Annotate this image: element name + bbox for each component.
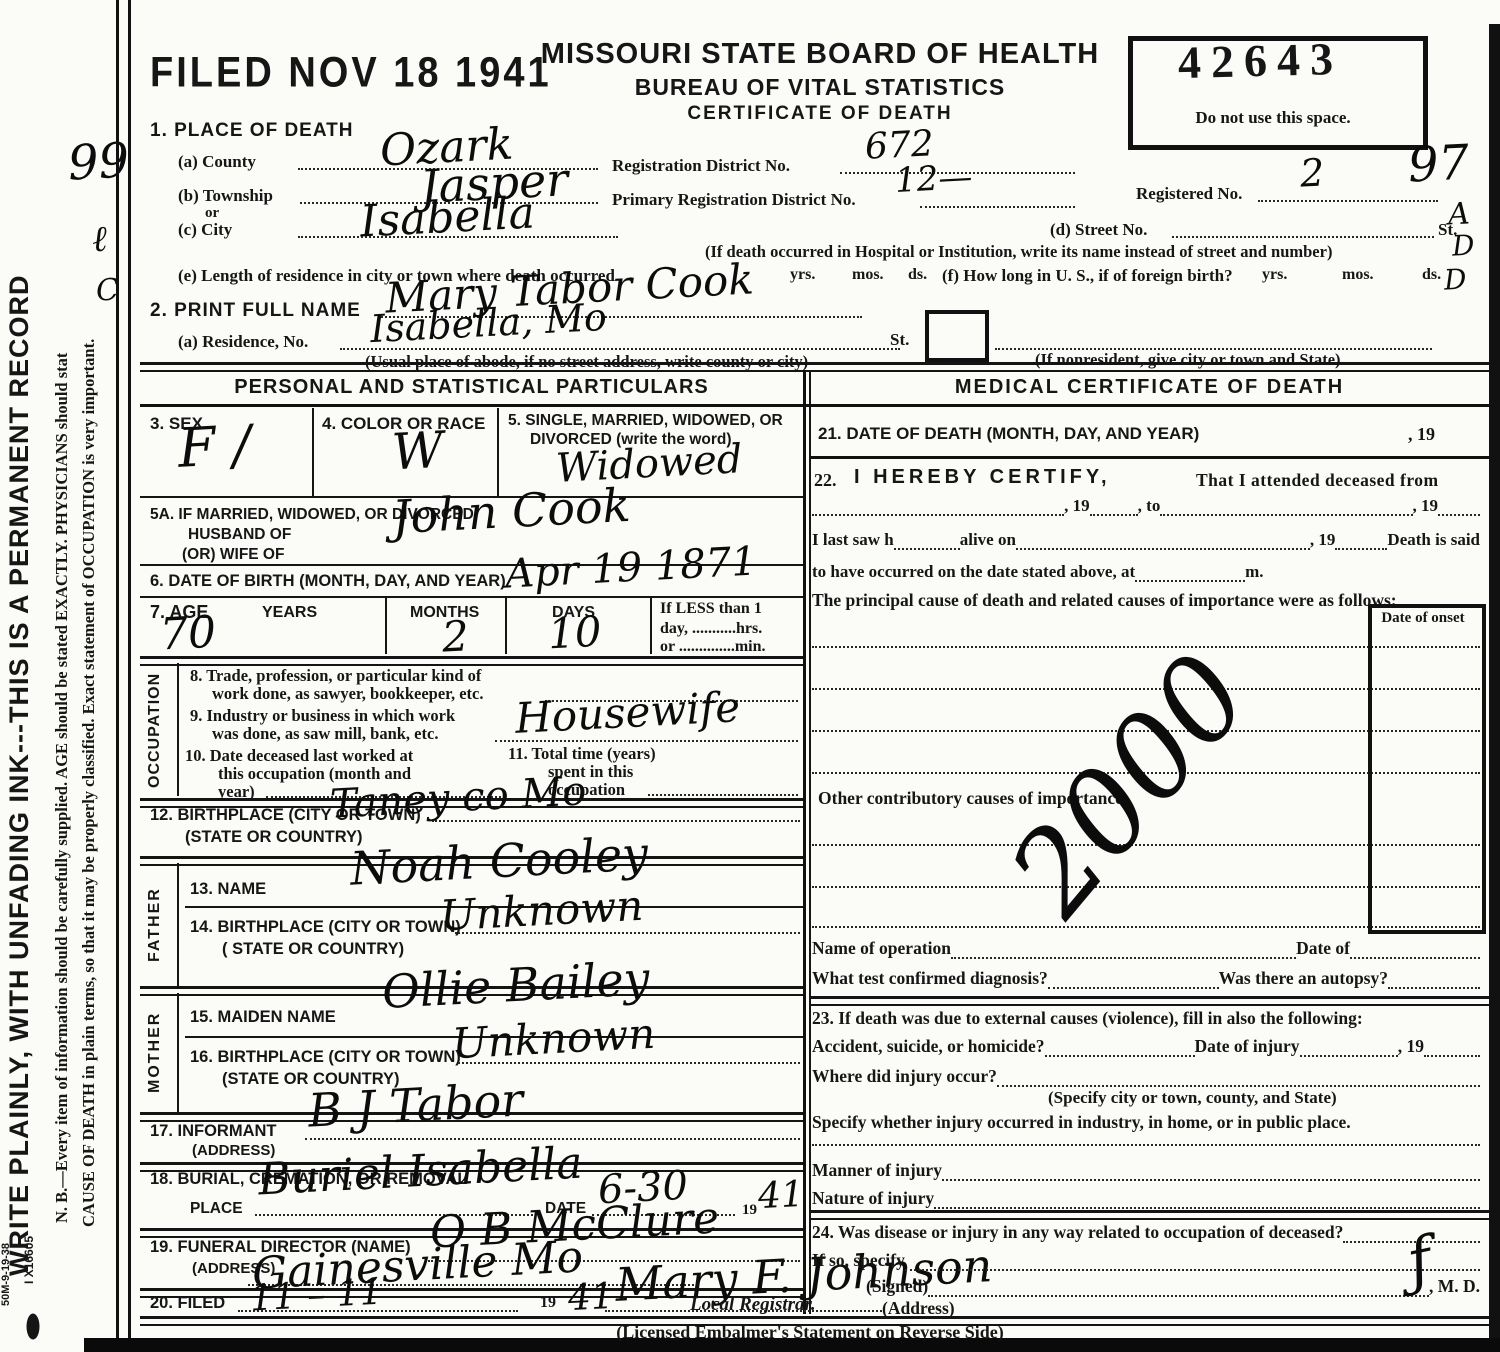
filed-label: 20. FILED <box>150 1294 225 1313</box>
local-registrar-label: Local Registrar. <box>690 1294 816 1316</box>
form-print-code: 50M-9-19-38 <box>0 1205 15 1345</box>
father-name-label: 13. NAME <box>190 880 266 899</box>
section-divider <box>810 1210 1489 1220</box>
dotted-fill <box>928 1281 1429 1297</box>
dotted-fill <box>812 500 1064 516</box>
signed-label: (Signed) <box>866 1276 928 1297</box>
last-saw-line: I last saw h alive on , 19 Death is said <box>812 530 1480 550</box>
mother-name-label: 15. MAIDEN NAME <box>190 1008 336 1027</box>
dotted-fill <box>1135 566 1245 582</box>
row-rule <box>140 596 803 598</box>
row-rule <box>810 456 1489 459</box>
nonresident-line <box>995 328 1432 350</box>
column-divider <box>803 370 806 1314</box>
form-subtitle: BUREAU OF VITAL STATISTICS <box>540 74 1100 101</box>
margin-warning-text: WRITE PLAINLY, WITH UNFADING INK---THIS … <box>4 220 48 1330</box>
dotted-fill <box>1424 1041 1480 1057</box>
dotted-fill <box>1048 973 1219 989</box>
age-days-entry: 10 <box>547 611 603 656</box>
margin-handwritten-mark: 97 <box>1407 138 1471 189</box>
father-birthplace-entry: Unknown <box>439 885 644 938</box>
occupation-8-label: work done, as sawyer, bookkeeper, etc. <box>212 684 484 704</box>
burial-year-entry: 41 <box>757 1177 805 1215</box>
certify-rest: That I attended deceased from <box>1196 470 1439 491</box>
dotted-fill <box>951 943 1296 959</box>
operation-line: Name of operation Date of <box>812 938 1480 959</box>
dotted-fill <box>1350 943 1480 959</box>
filed-date-stamp: FILED NOV 18 1941 <box>150 49 552 97</box>
less-than-hrs: day, ...........hrs. <box>660 620 762 638</box>
birthplace-sub-label: (STATE OR COUNTRY) <box>185 828 363 847</box>
death-certificate-scan: WRITE PLAINLY, WITH UNFADING INK---THIS … <box>0 0 1500 1352</box>
form-type: CERTIFICATE OF DEATH <box>540 103 1100 125</box>
diagnosis-line: What test confirmed diagnosis? Was there… <box>812 968 1480 989</box>
embalmer-footer-note: (Licensed Embalmer's Statement on Revers… <box>480 1322 1140 1343</box>
cell-divider <box>385 598 387 654</box>
father-birthplace-label: 14. BIRTHPLACE (CITY OR TOWN) <box>190 918 461 937</box>
personal-particulars-heading: PERSONAL AND STATISTICAL PARTICULARS <box>140 376 803 399</box>
medical-certificate-heading: MEDICAL CERTIFICATE OF DEATH <box>810 376 1489 399</box>
occurred-label: to have occurred on the date stated abov… <box>812 562 1135 582</box>
age-years-entry: 70 <box>159 611 217 658</box>
occupation-9-label: 9. Industry or business in which work <box>190 706 455 726</box>
residence-no-label: (a) Residence, No. <box>178 332 308 352</box>
mos-label: mos. <box>1342 266 1374 284</box>
union-label-code: I X16605 <box>22 1205 38 1315</box>
less-than-label: If LESS than 1 <box>660 600 762 618</box>
do-not-use-note: Do not use this space. <box>1128 108 1418 128</box>
filed-date-entry: 11 – 11 <box>249 1275 383 1318</box>
burial-place-entry: Buriel Isabella <box>257 1142 584 1203</box>
where-injury-line: Where did injury occur? <box>812 1066 1480 1087</box>
date-of-onset-box <box>1368 604 1486 934</box>
filed-year-prefix: 19 <box>540 1294 556 1312</box>
specify-city-note: (Specify city or town, county, and State… <box>1048 1088 1337 1108</box>
cell-divider <box>497 408 499 496</box>
occupation-related-line: 24. Was disease or injury in any way rel… <box>812 1222 1480 1243</box>
date-of-label: Date of <box>1296 938 1350 959</box>
occupation-8-label: 8. Trade, profession, or particular kind… <box>190 666 481 686</box>
accident-line: Accident, suicide, or homicide? Date of … <box>812 1036 1480 1057</box>
dotted-fill <box>894 534 960 550</box>
dotted-fill <box>1388 973 1480 989</box>
certificate-number: 42643 <box>1177 32 1343 89</box>
side-strip-divider <box>177 993 179 1112</box>
if-so-specify-label: If so, specify <box>812 1250 905 1271</box>
death-said-label: Death is said <box>1387 530 1480 550</box>
mother-name-entry: Ollie Bailey <box>381 955 651 1015</box>
less-than-min: or ..............min. <box>660 638 765 656</box>
margin-note-1: N. B.—Every item of information should b… <box>52 235 76 1340</box>
spouse-label: (OR) WIFE OF <box>182 546 284 564</box>
side-strip-divider <box>177 663 179 796</box>
township-label: (b) Township <box>178 186 273 206</box>
yrs-label: yrs. <box>1262 266 1287 284</box>
autopsy-label: Was there an autopsy? <box>1219 968 1388 989</box>
document-right-border <box>1489 24 1500 1338</box>
cell-divider <box>505 598 507 654</box>
years-label: YEARS <box>262 604 317 622</box>
dotted-fill <box>1300 1041 1398 1057</box>
city-entry: Isabella <box>359 191 536 244</box>
manner-injury-label: Manner of injury <box>812 1160 942 1181</box>
registered-no-label: Registered No. <box>1136 184 1242 204</box>
residence-st-label: St. <box>890 330 909 350</box>
section-divider <box>140 362 1489 372</box>
spouse-entry: John Cook <box>391 482 632 540</box>
father-birthplace-sub: ( STATE OR COUNTRY) <box>222 940 404 959</box>
union-bug-icon <box>27 1314 40 1340</box>
m-label: m. <box>1245 562 1263 582</box>
signed-line: (Signed) , M. D. <box>866 1276 1480 1297</box>
registration-district-label: Registration District No. <box>612 156 790 176</box>
occupation-9-label: was done, as saw mill, bank, etc. <box>212 724 438 744</box>
certify-number: 22. <box>814 470 837 491</box>
dotted-fill <box>1160 500 1412 516</box>
cell-divider <box>312 408 314 496</box>
occupation-11-line <box>648 780 798 796</box>
section-divider <box>140 656 803 666</box>
hospital-note: (If death occurred in Hospital or Instit… <box>705 242 1332 262</box>
occurred-line: to have occurred on the date stated abov… <box>812 562 1312 582</box>
external-causes-label: 23. If death was due to external causes … <box>812 1008 1363 1029</box>
marital-label: 5. SINGLE, MARRIED, WIDOWED, OR <box>508 412 783 430</box>
full-name-label: 2. PRINT FULL NAME <box>150 300 361 322</box>
foreign-birth-label: (f) How long in U. S., if of foreign bir… <box>942 266 1233 286</box>
year-19: , 19 <box>1310 530 1336 550</box>
father-side-label: FATHER <box>146 872 172 978</box>
street-no-label: (d) Street No. <box>1050 220 1147 240</box>
date-of-death-year: , 19 <box>1408 424 1435 445</box>
age-months-entry: 2 <box>441 615 470 658</box>
burial-year-prefix: 19 <box>742 1202 757 1219</box>
dotted-fill <box>1045 1041 1195 1057</box>
street-st-label: St. <box>1438 220 1457 240</box>
dotted-fill <box>905 1255 1480 1271</box>
margin-handwritten-mark: ℓ <box>91 222 108 259</box>
document-left-border <box>116 0 131 1340</box>
occupation-11-label: 11. Total time (years) <box>508 744 656 764</box>
date-of-death-label: 21. DATE OF DEATH (MONTH, DAY, AND YEAR) <box>818 424 1199 444</box>
certify-label: I HEREBY CERTIFY, <box>854 466 1111 489</box>
alive-on-label: alive on <box>960 530 1016 550</box>
test-label: What test confirmed diagnosis? <box>812 968 1048 989</box>
ds-label: ds. <box>908 266 927 284</box>
nature-injury-line: Nature of injury <box>812 1188 1480 1209</box>
injury-date-label: Date of injury <box>1195 1036 1300 1057</box>
residence-entry: Isabella, Mo <box>369 298 608 348</box>
mother-birthplace-label: 16. BIRTHPLACE (CITY OR TOWN) <box>190 1048 461 1067</box>
mos-label: mos. <box>852 266 884 284</box>
margin-note-2: CAUSE OF DEATH in plain terms, so that i… <box>79 225 103 1340</box>
attended-from-line: , 19 , to , 19 <box>812 496 1480 516</box>
column-divider <box>809 370 811 1314</box>
ds-label: ds. <box>1422 266 1441 284</box>
where-injury-label: Where did injury occur? <box>812 1066 997 1087</box>
operation-label: Name of operation <box>812 938 951 959</box>
occupation-entry: Housewife <box>514 686 741 740</box>
occupation-side-label: OCCUPATION <box>146 668 172 792</box>
cell-divider <box>650 598 652 654</box>
primary-district-label: Primary Registration District No. <box>612 190 856 210</box>
place-of-death-heading: 1. PLACE OF DEATH <box>150 120 354 142</box>
form-title: MISSOURI STATE BOARD OF HEALTH <box>540 38 1100 71</box>
primary-district-entry: 12— <box>894 160 973 198</box>
dotted-fill <box>1438 500 1480 516</box>
occupation-related-label: 24. Was disease or injury in any way rel… <box>812 1222 1343 1243</box>
dotted-fill <box>1335 534 1387 550</box>
yrs-label: yrs. <box>790 266 815 284</box>
section-divider <box>810 996 1489 1006</box>
sex-entry: F / <box>177 418 253 476</box>
year-19: , 19 <box>1064 496 1090 516</box>
contributory-causes-label: Other contributory causes of importance: <box>818 788 1129 809</box>
principal-cause-label: The principal cause of death and related… <box>812 590 1397 611</box>
to-label: , to <box>1138 496 1161 516</box>
residence-st-box <box>925 310 989 362</box>
side-strip-divider <box>177 863 179 986</box>
dotted-fill <box>1090 500 1138 516</box>
date-of-onset-label: Date of onset <box>1368 610 1478 627</box>
informant-entry: B J Tabor <box>307 1076 524 1133</box>
color-race-entry: W <box>391 425 445 478</box>
spouse-label: HUSBAND OF <box>188 526 291 544</box>
dotted-fill <box>1016 534 1310 550</box>
burial-place-label: PLACE <box>190 1200 243 1218</box>
dotted-fill <box>997 1071 1480 1087</box>
city-label: (c) City <box>178 220 232 240</box>
last-saw-label: I last saw h <box>812 530 894 550</box>
mother-side-label: MOTHER <box>146 1000 172 1104</box>
registered-no-entry: 2 <box>1299 153 1325 192</box>
dotted-fill <box>934 1193 1480 1209</box>
accident-label: Accident, suicide, or homicide? <box>812 1036 1045 1057</box>
street-no-line <box>1172 216 1434 238</box>
occupation-10-label: 10. Date deceased last worked at <box>185 746 413 766</box>
manner-injury-line: Manner of injury <box>812 1160 1480 1181</box>
year-19: , 19 <box>1413 496 1439 516</box>
if-so-specify-line: If so, specify <box>812 1250 1480 1271</box>
birth-date-label: 6. DATE OF BIRTH (MONTH, DAY, AND YEAR) <box>150 572 506 591</box>
injury-line <box>812 1128 1480 1146</box>
year-19: , 19 <box>1398 1036 1424 1057</box>
county-label: (a) County <box>178 152 256 172</box>
dotted-fill <box>942 1165 1480 1181</box>
column-header-rule <box>140 404 1489 407</box>
informant-label: 17. INFORMANT <box>150 1122 277 1141</box>
birth-date-entry: Apr 19 1871 <box>504 541 757 594</box>
nature-injury-label: Nature of injury <box>812 1188 934 1209</box>
mother-birthplace-entry: Unknown <box>451 1013 656 1066</box>
margin-handwritten-mark: D <box>1443 265 1467 294</box>
